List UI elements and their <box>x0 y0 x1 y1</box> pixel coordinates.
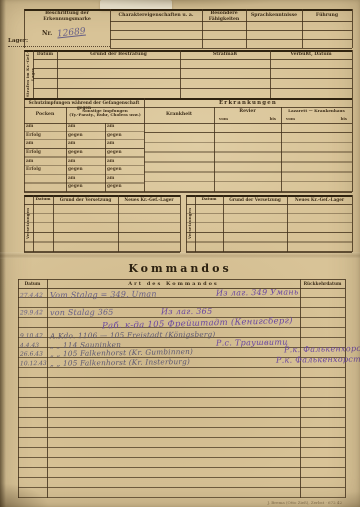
row-lines-erkrankungen <box>144 123 352 192</box>
row-label: gegen <box>107 167 122 172</box>
tag-number: Nr. 12689 <box>42 20 86 39</box>
entry-date: 29.9.42 <box>20 309 43 316</box>
vom-label: vom <box>219 116 228 121</box>
row-label: am <box>107 124 114 129</box>
col-header-charakter: Charaktereigenschaften u. a. <box>112 13 200 19</box>
printer-imprint: J. Brema (Otto Zieß), Zerbst · 672 42 <box>170 500 342 505</box>
col-header-verbuesst: Verbüßt, Datum <box>270 52 352 58</box>
col-header-datum: Datum <box>18 281 47 286</box>
row-label: am <box>68 176 75 181</box>
entry-date: 10.12.43 <box>20 359 47 366</box>
entry-text-ink: Из лаг. 365 <box>161 306 213 315</box>
grid-line <box>33 78 352 79</box>
row-label: am <box>68 159 75 164</box>
row-label: am <box>26 141 33 146</box>
row-label: am <box>107 141 114 146</box>
lager-label: Lager: <box>8 38 28 44</box>
row-label: am <box>107 159 114 164</box>
row-label: gegen <box>68 133 83 138</box>
row-label: gegen <box>68 167 83 172</box>
grid-line <box>352 195 353 252</box>
row-label: am <box>26 159 33 164</box>
lazarett-vom-bis: vom bis <box>286 116 347 121</box>
side-label-versetzungen: Versetzungen <box>187 196 195 251</box>
col-header-sprachkenntnisse: Sprachkenntnisse <box>247 13 301 19</box>
grid-line <box>18 279 345 280</box>
row-label: gegen <box>107 150 122 155</box>
col-header-neues-lager: Neues Kr.-Gef.-Lager <box>118 197 180 202</box>
pow-personnel-card-scan: Beschriftung der Erkennungsmarke Nr. 126… <box>0 0 360 507</box>
row-label: Erfolg <box>26 133 41 138</box>
grid-line <box>33 68 352 69</box>
entry-date: 4.4.43 <box>20 342 39 349</box>
entry-text-ink: Р.к. Фалькенхорст <box>284 343 360 353</box>
paper-crease <box>0 252 360 259</box>
row-label: am <box>26 124 33 129</box>
header-erkrankungen: Erkrankungen <box>144 100 352 106</box>
col-header-lazarett: Lazarett — Krankenhaus <box>281 109 352 114</box>
col-header-sonstige-impfungen: Sonstige Impfungen (Ty.-Paraty., Ruhr, C… <box>67 109 143 119</box>
entry-text-pencil: Vom Stalag = 349, Uman <box>50 289 157 299</box>
row-label: Erfolg <box>26 167 41 172</box>
entry-text-pencil: von Stalag 365 <box>50 307 114 317</box>
revier-vom-bis: vom bis <box>219 116 276 121</box>
vom-label: vom <box>286 116 295 121</box>
grid-line <box>24 252 180 253</box>
grid-line <box>180 195 181 252</box>
row-lines-versetzungen-left <box>24 204 180 252</box>
col-header-neues-lager: Neues Kr.-Gef.-Lager <box>287 197 352 202</box>
col-header-krankheit: Krankheit <box>144 112 214 118</box>
row-label: gegen <box>68 150 83 155</box>
nr-label: Nr. <box>42 30 52 37</box>
grid-line <box>110 48 352 49</box>
col-header-pocken: Pocken <box>24 112 66 118</box>
row-label: am <box>68 124 75 129</box>
row-lines-impfungen <box>24 123 144 192</box>
grid-line <box>186 252 352 253</box>
kommandos-title: Kommandos <box>0 262 360 275</box>
grid-line <box>33 88 352 89</box>
entry-text-pencil: „ „ 105 Falkenhorst (Kr. Insterburg) <box>50 356 190 367</box>
col-header-grund-versetzung: Grund der Versetzung <box>223 197 287 202</box>
row-label: gegen <box>68 184 83 189</box>
entry-date: 9.10.42 <box>20 332 43 339</box>
grid-line <box>110 39 352 40</box>
col-header-faehigkeiten: Besondere Fähigkeiten <box>203 11 245 22</box>
col-header-datum: Datum <box>33 52 57 57</box>
grid-line <box>352 50 353 98</box>
grid-line <box>110 30 352 31</box>
col-header-grund-versetzung: Grund der Versetzung <box>53 197 118 202</box>
entry-text-ink: Р.к. Фалькенхорст <box>276 354 360 364</box>
row-label: am <box>68 141 75 146</box>
side-label-versetzungen: Versetzungen <box>25 196 33 251</box>
grid-line <box>352 9 353 48</box>
bis-label: bis <box>341 116 347 121</box>
col-header-datum: Datum <box>33 197 53 202</box>
row-label: gegen <box>107 184 122 189</box>
lager-field: Lager: <box>8 38 110 47</box>
sonstige-line2: (Ty.-Paraty., Ruhr, Cholera usw.) <box>69 112 141 117</box>
row-lines-versetzungen-right <box>186 204 352 252</box>
side-label-strafen: Strafen im Kr.-Gef.-Lager <box>25 51 33 97</box>
grid-line <box>352 98 353 192</box>
entry-text-ink: Из лаг. 349 Умань <box>216 286 299 296</box>
grid-line <box>24 192 352 193</box>
row-label: Erfolg <box>26 150 41 155</box>
bis-label: bis <box>270 116 276 121</box>
col-header-fuehrung: Führung <box>303 13 351 19</box>
col-header-grund-bestrafung: Grund der Bestrafung <box>57 52 180 58</box>
entry-date: 27.4.42 <box>20 292 43 299</box>
row-label: am <box>107 176 114 181</box>
col-header-rueckkehrdatum: Rückkehrdatum <box>300 281 345 286</box>
col-header-revier: Revier <box>214 109 281 115</box>
col-header-datum: Datum <box>195 197 223 202</box>
col-header-strafmass: Strafmaß <box>180 52 270 58</box>
entry-date: 26.6.43 <box>20 351 43 358</box>
row-label: gegen <box>107 133 122 138</box>
col-header-art-des-kommandos: Art des Kommandos <box>47 281 300 287</box>
grid-line <box>110 9 111 48</box>
grid-line <box>33 59 352 60</box>
